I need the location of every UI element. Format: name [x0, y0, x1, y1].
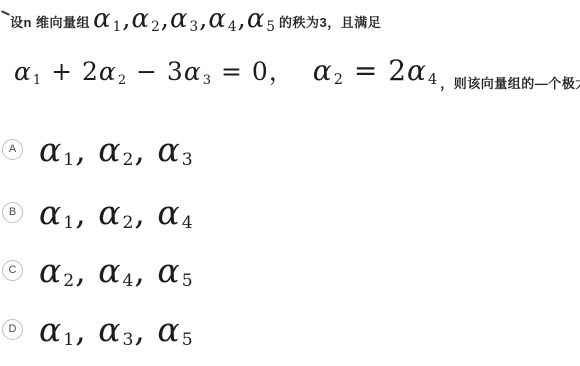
vector-list-formula: α1,α2,α3,α4,α5 [93, 4, 276, 34]
option-row-a[interactable]: A α1, α2, α3 [2, 126, 194, 172]
question-condition-line: α1 + 2α2 − 3α3 = 0， α2 = 2α4 ，则该向量组的—个极大… [14, 52, 580, 88]
option-row-d[interactable]: D α1, α3, α5 [2, 306, 194, 352]
option-b-formula: α1, α2, α4 [39, 193, 194, 232]
condition-1-formula: α1 + 2α2 − 3α3 = 0， [14, 52, 295, 88]
condition-2-formula: α2 = 2α4 [313, 54, 438, 87]
option-row-c[interactable]: C α2, α4, α5 [2, 247, 194, 293]
option-a-formula: α1, α2, α3 [39, 130, 194, 169]
question-page: 设n 维向量组 α1,α2,α3,α4,α5 的秩为3，且满足 α1 + 2α2… [0, 0, 580, 366]
question-intro-line: 设n 维向量组 α1,α2,α3,α4,α5 的秩为3，且满足 [10, 4, 381, 34]
question-ask-text: ，则该向量组的—个极大线性无关组是（ ） [440, 73, 580, 92]
stray-mark [1, 10, 10, 15]
question-rank-text: 的秩为3，且满足 [279, 12, 381, 31]
option-c-badge[interactable]: C [2, 260, 23, 281]
option-d-formula: α1, α3, α5 [39, 310, 194, 349]
option-row-b[interactable]: B α1, α2, α4 [2, 189, 194, 235]
question-intro-text: 设n 维向量组 [10, 12, 90, 31]
option-c-formula: α2, α4, α5 [39, 251, 194, 290]
option-d-badge[interactable]: D [2, 319, 23, 340]
option-b-badge[interactable]: B [2, 202, 23, 223]
option-a-badge[interactable]: A [2, 139, 23, 160]
